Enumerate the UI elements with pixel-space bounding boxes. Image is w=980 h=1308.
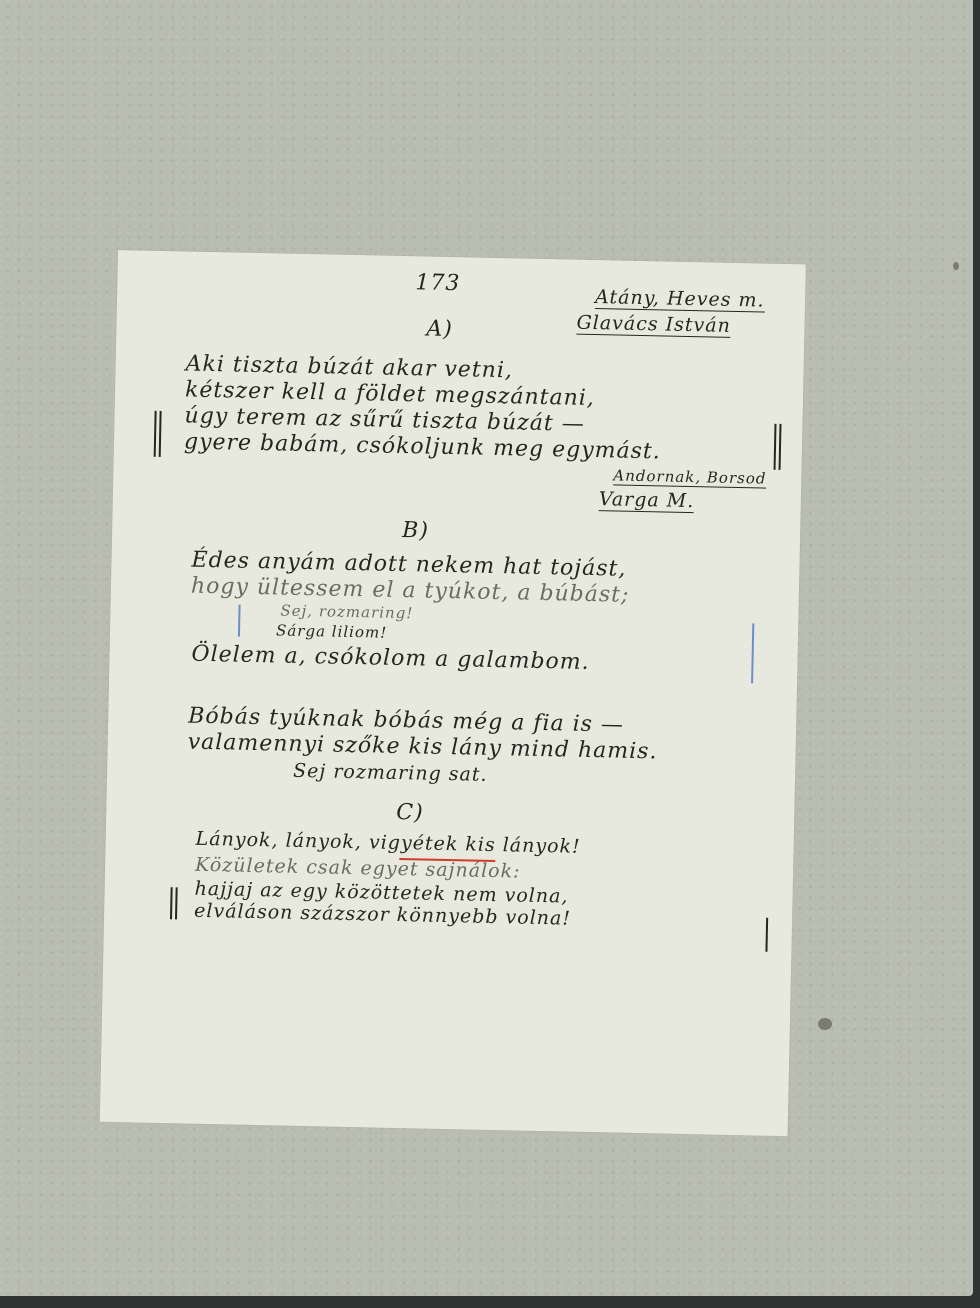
refrain-line: Sej, rozmaring! <box>280 601 413 622</box>
section-label-b: B) <box>402 518 429 544</box>
blue-bar-right <box>751 623 754 683</box>
section-label-a: A) <box>426 316 453 342</box>
repeat-bar-left <box>159 411 162 457</box>
attribution-place: Andornak, Borsod <box>613 466 766 488</box>
repeat-bar-right <box>765 918 768 952</box>
mounting-card: 173 Atány, Heves m. Glavács István A) Ak… <box>0 0 973 1296</box>
section-label-c: C) <box>396 800 424 826</box>
page-number: 173 <box>415 270 461 296</box>
repeat-bar-left <box>170 887 173 919</box>
repeat-bar-left <box>175 887 178 919</box>
repeat-bar-left <box>154 411 157 457</box>
location-label: Atány, Heves m. <box>595 286 765 313</box>
collector-name: Glavács István <box>576 312 731 338</box>
repeat-bar-right <box>774 424 777 470</box>
verse-line: Lányok, lányok, vigyétek kis lányok! <box>195 828 580 858</box>
verse-line-text: Lányok, lányok, vigyétek kis lányok! <box>195 828 580 858</box>
refrain-line: Sárga liliom! <box>276 621 388 641</box>
refrain-line: Sej rozmaring sat. <box>293 760 488 786</box>
manuscript-page: 173 Atány, Heves m. Glavács István A) Ak… <box>100 250 806 1136</box>
repeat-bar-right <box>779 424 782 470</box>
blue-bar-left <box>238 605 241 637</box>
stain-spot <box>953 262 959 270</box>
verse-line: Ölelem a, csókolom a galambom. <box>191 642 590 675</box>
attribution-name: Varga M. <box>599 488 695 513</box>
stain-spot <box>818 1018 832 1030</box>
verse-line: gyere babám, csókoljunk meg egymást. <box>184 429 661 464</box>
